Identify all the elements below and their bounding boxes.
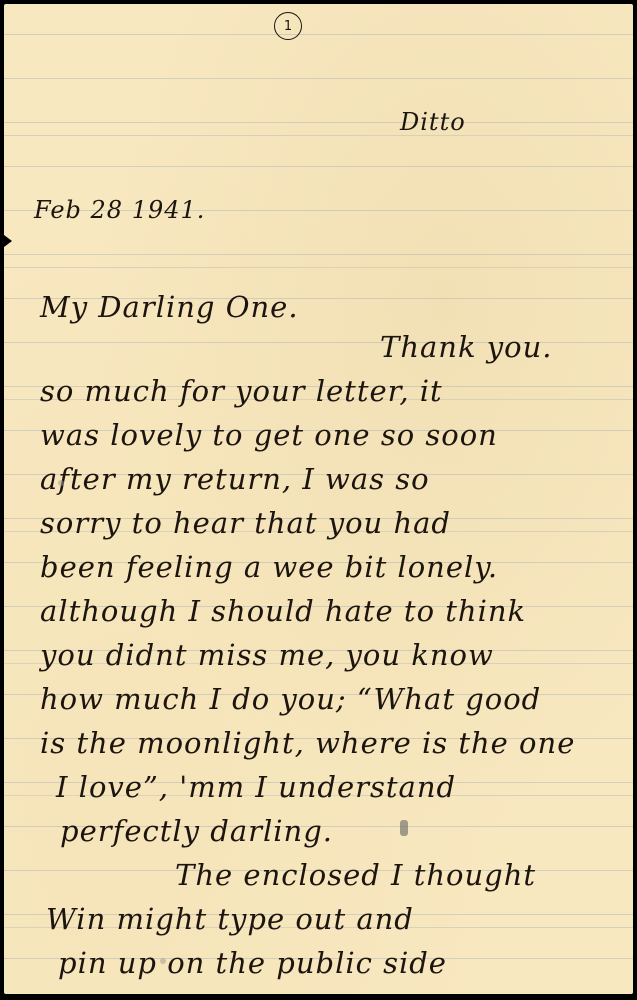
letter-line-11: I love”, 'mm I understand bbox=[56, 770, 456, 804]
page-number-circle: 1 bbox=[274, 12, 302, 40]
letter-line-3: was lovely to get one so soon bbox=[40, 418, 498, 452]
letter-line-14: Win might type out and bbox=[46, 902, 414, 936]
paper-spot bbox=[160, 958, 166, 964]
letter-line-1: Thank you. bbox=[380, 330, 553, 364]
letter-line-15: pin up on the public side bbox=[58, 946, 447, 980]
letter-line-5: sorry to hear that you had bbox=[40, 506, 451, 540]
letter-line-8: you didnt miss me, you know bbox=[40, 638, 494, 672]
letter-line-4: after my return, I was so bbox=[40, 462, 430, 496]
page-number: 1 bbox=[284, 19, 292, 34]
letter-line-10: is the moonlight, where is the one bbox=[40, 726, 575, 760]
letter-line-2: so much for your letter, it bbox=[40, 374, 443, 408]
letter-line-7: although I should hate to think bbox=[40, 594, 526, 628]
letter-line-9: how much I do you; “What good bbox=[40, 682, 541, 716]
letter-line-6: been feeling a wee bit lonely. bbox=[40, 550, 498, 584]
letter-date: Feb 28 1941. bbox=[34, 196, 205, 224]
edge-notch bbox=[4, 235, 12, 247]
paper-spot bbox=[58, 480, 64, 486]
ink-smudge bbox=[400, 820, 408, 836]
letter-line-12: perfectly darling. bbox=[60, 814, 333, 848]
salutation: My Darling One. bbox=[40, 290, 299, 324]
letter-line-13: The enclosed I thought bbox=[175, 858, 536, 892]
heading-note: Ditto bbox=[400, 108, 466, 136]
